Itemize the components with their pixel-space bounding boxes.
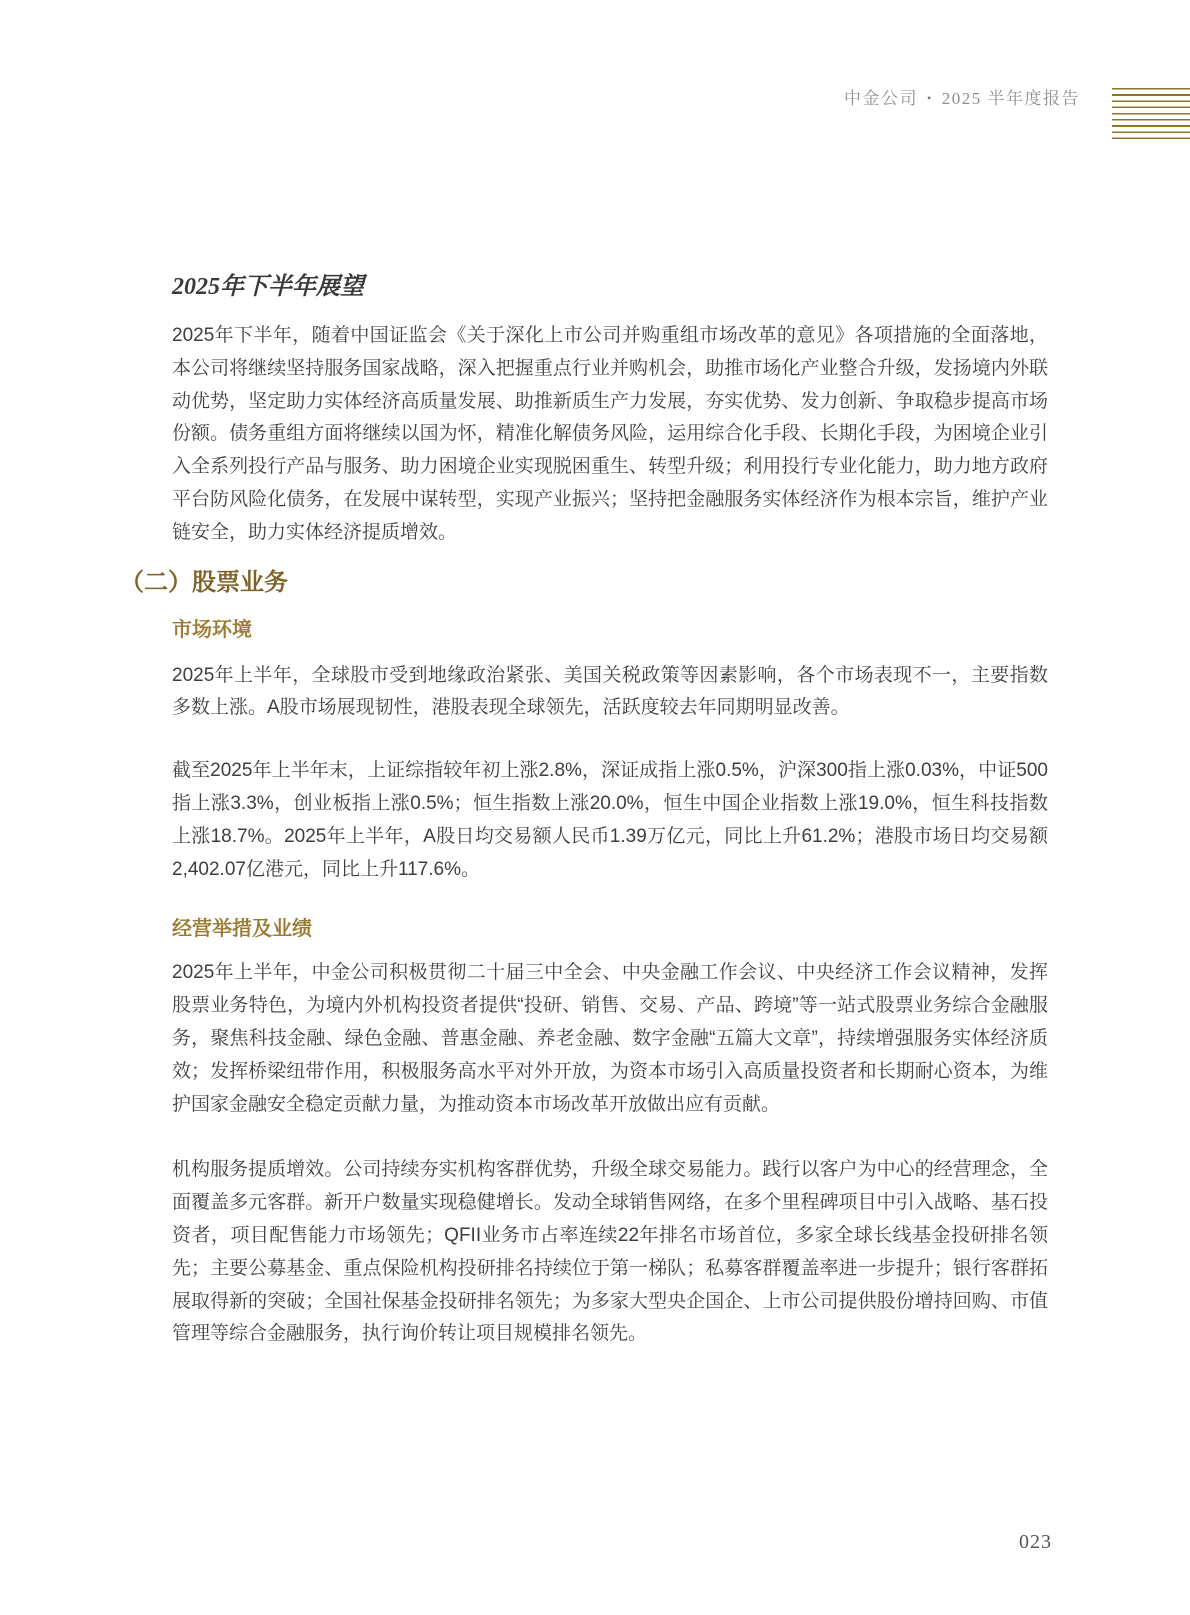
report-page: 中金公司•2025 半年度报告 2025年下半年展望 2025年下半年，随着中国… (0, 0, 1190, 1615)
subheading-operations-results: 经营举措及业绩 (172, 915, 1048, 943)
header-company-name: 中金公司 (844, 89, 918, 108)
page-content: 2025年下半年展望 2025年下半年，随着中国证监会《关于深化上市公司并购重组… (120, 272, 1048, 1351)
operations-paragraph-2: 机构服务提质增效。公司持续夯实机构客群优势，升级全球交易能力。践行以客户为中心的… (172, 1154, 1048, 1351)
page-header: 中金公司•2025 半年度报告 (844, 84, 1080, 109)
section-heading-stock-business: （二）股票业务 (120, 567, 1048, 599)
market-paragraph-1: 2025年上半年，全球股市受到地缘政治紧张、美国关税政策等因素影响，各个市场表现… (172, 660, 1048, 726)
outlook-paragraph: 2025年下半年，随着中国证监会《关于深化上市公司并购重组市场改革的意见》各项措… (172, 320, 1048, 550)
outlook-heading: 2025年下半年展望 (172, 272, 1048, 302)
market-paragraph-2: 截至2025年上半年末，上证综指较年初上涨2.8%，深证成指上涨0.5%，沪深3… (172, 755, 1048, 886)
stripes-icon (1112, 88, 1190, 139)
subheading-market-environment: 市场环境 (172, 616, 1048, 644)
header-report-title: 2025 半年度报告 (942, 89, 1080, 108)
operations-paragraph-1: 2025年上半年，中金公司积极贯彻二十届三中全会、中央金融工作会议、中央经济工作… (172, 957, 1048, 1121)
bullet-separator-icon: • (927, 91, 933, 106)
page-number: 023 (1019, 1531, 1052, 1554)
